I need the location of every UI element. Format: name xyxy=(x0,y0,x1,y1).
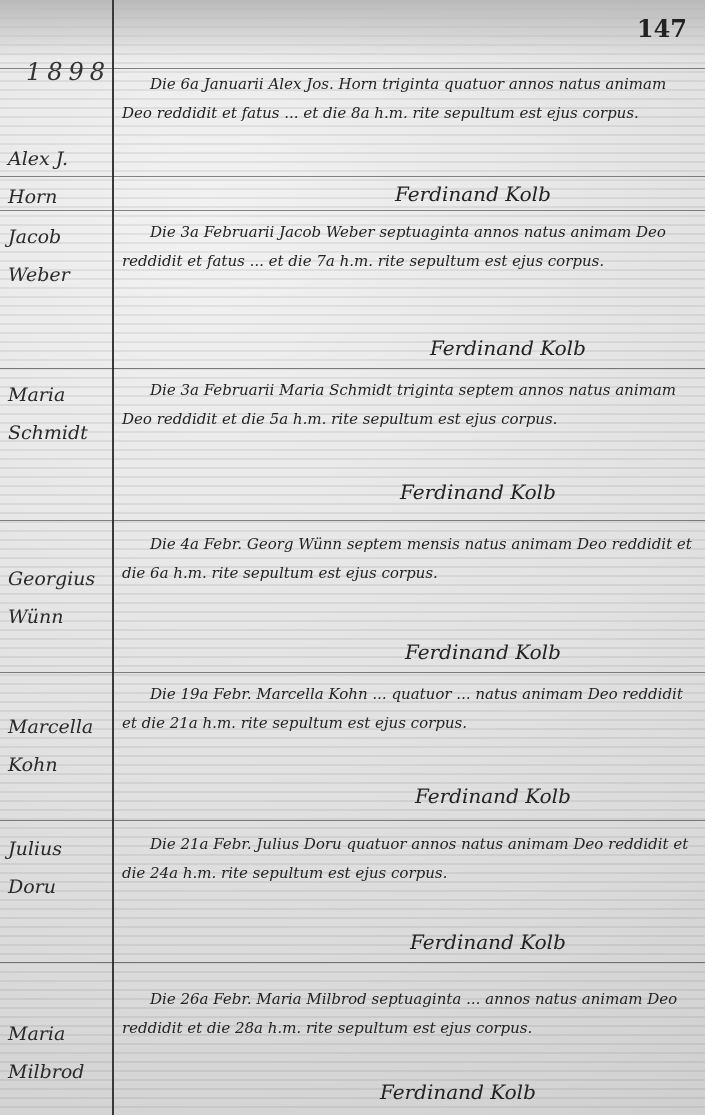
register-entry: Marcella Kohn Die 19a Febr. Marcella Koh… xyxy=(0,680,705,820)
priest-signature: Ferdinand Kolb xyxy=(400,480,556,504)
entry-name: Maria Schmidt xyxy=(8,376,108,452)
entry-text: Die 6a Januarii Alex Jos. Horn triginta … xyxy=(122,70,692,128)
entry-name: Maria Milbrod xyxy=(8,1015,108,1091)
name-line: Julius xyxy=(8,830,108,868)
entry-text: Die 3a Februarii Maria Schmidt triginta … xyxy=(122,376,692,434)
name-line: Wünn xyxy=(8,598,108,636)
name-line: Doru xyxy=(8,868,108,906)
entry-text: Die 3a Februarii Jacob Weber septuaginta… xyxy=(122,218,692,276)
entry-name: Georgius Wünn xyxy=(8,560,108,636)
register-entry: Maria Schmidt Die 3a Februarii Maria Sch… xyxy=(0,376,705,520)
scan-shadow xyxy=(0,0,705,60)
page-number: 147 xyxy=(637,14,687,43)
register-entry: Maria Milbrod Die 26a Febr. Maria Milbro… xyxy=(0,985,705,1115)
entry-text: Die 19a Febr. Marcella Kohn ... quatuor … xyxy=(122,680,692,738)
register-entry: Georgius Wünn Die 4a Febr. Georg Wünn se… xyxy=(0,530,705,670)
entry-name: Jacob Weber xyxy=(8,218,108,294)
entry-text: Die 21a Febr. Julius Doru quatuor annos … xyxy=(122,830,692,888)
rule xyxy=(0,962,705,963)
name-line: Jacob xyxy=(8,218,108,256)
name-line: Milbrod xyxy=(8,1053,108,1091)
entry-name: Alex J. Horn xyxy=(8,140,108,216)
entry-text: Die 26a Febr. Maria Milbrod septuaginta … xyxy=(122,985,692,1043)
entry-name: Marcella Kohn xyxy=(8,708,108,784)
rule xyxy=(0,368,705,369)
priest-signature: Ferdinand Kolb xyxy=(405,640,561,664)
name-line: Schmidt xyxy=(8,414,108,452)
name-line: Maria xyxy=(8,1015,108,1053)
entry-name: Julius Doru xyxy=(8,830,108,906)
register-entry: Julius Doru Die 21a Febr. Julius Doru qu… xyxy=(0,830,705,960)
priest-signature: Ferdinand Kolb xyxy=(395,182,551,206)
name-line: Maria xyxy=(8,376,108,414)
register-entry: Jacob Weber Die 3a Februarii Jacob Weber… xyxy=(0,218,705,368)
priest-signature: Ferdinand Kolb xyxy=(380,1080,536,1104)
priest-signature: Ferdinand Kolb xyxy=(410,930,566,954)
name-line: Alex J. Horn xyxy=(8,140,108,216)
register-entry: Alex J. Horn Die 6a Januarii Alex Jos. H… xyxy=(0,70,705,210)
priest-signature: Ferdinand Kolb xyxy=(415,784,571,808)
name-line: Weber xyxy=(8,256,108,294)
name-line: Marcella xyxy=(8,708,108,746)
name-line: Georgius xyxy=(8,560,108,598)
rule xyxy=(0,672,705,673)
entry-text: Die 4a Febr. Georg Wünn septem mensis na… xyxy=(122,530,692,588)
name-line: Kohn xyxy=(8,746,108,784)
rule xyxy=(0,520,705,521)
priest-signature: Ferdinand Kolb xyxy=(430,336,586,360)
rule xyxy=(0,820,705,821)
